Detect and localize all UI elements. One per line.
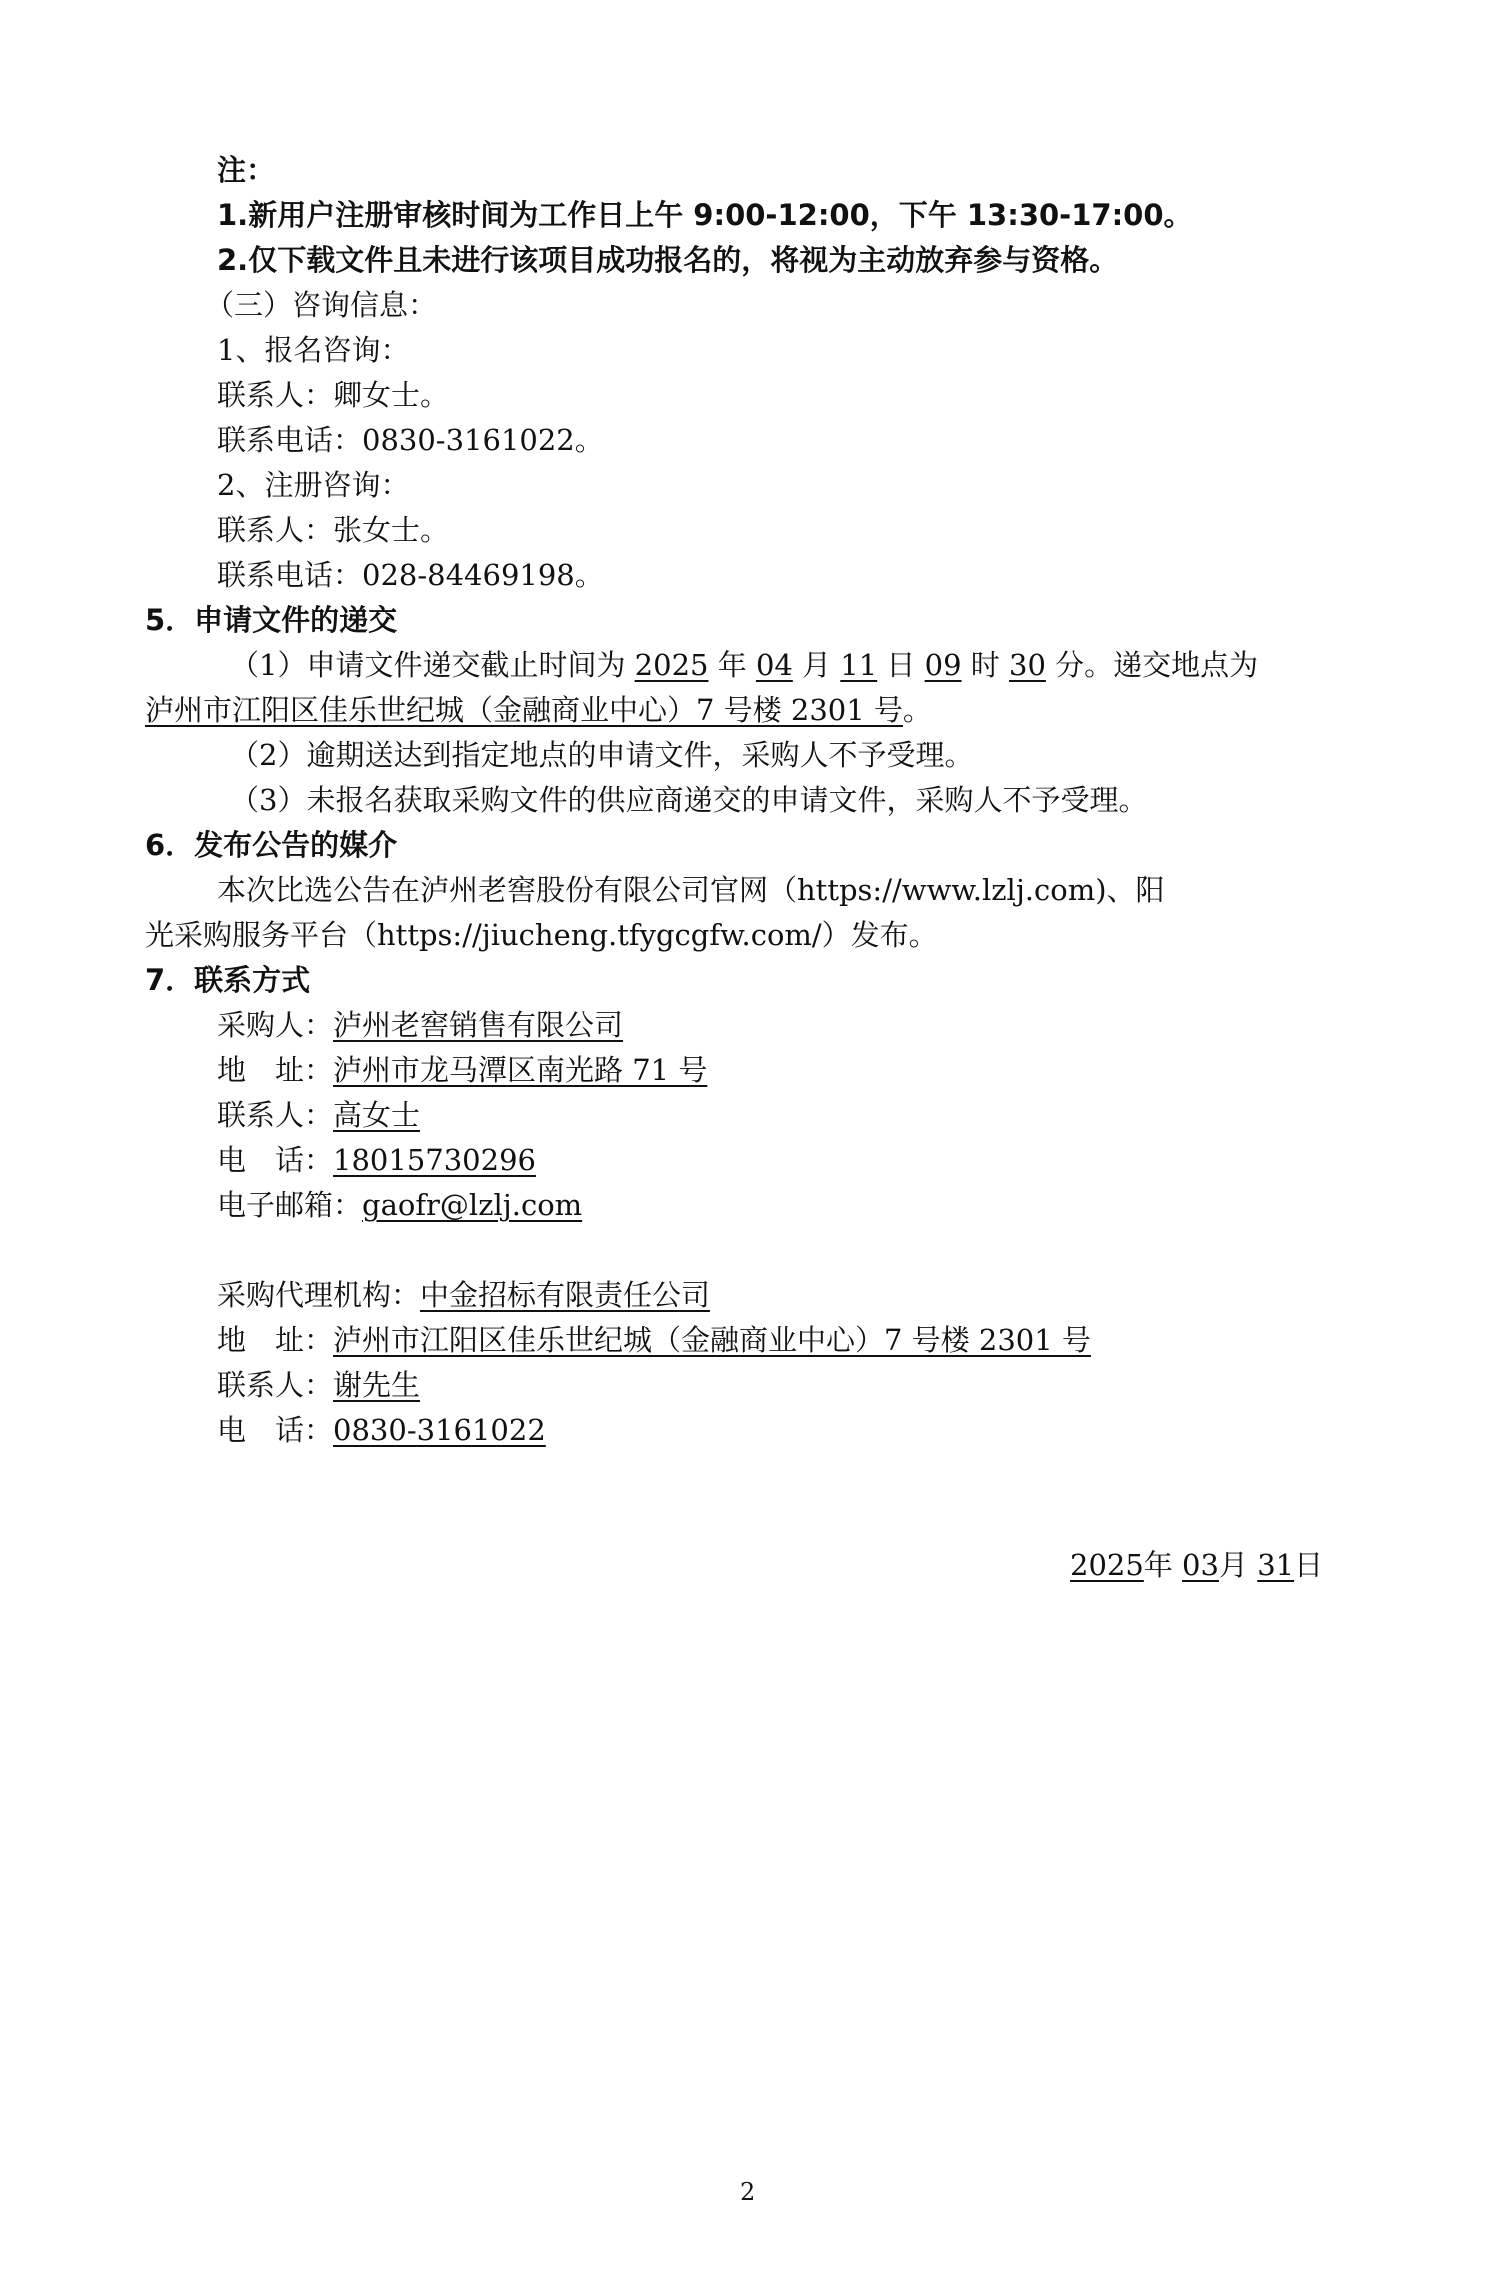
- signup-consult-label: 1、报名咨询：: [217, 330, 409, 370]
- section5-location-line: 泸州市江阳区佳乐世纪城（金融商业中心）7 号楼 2301 号。: [145, 690, 932, 730]
- agency-name-row: 采购代理机构：中金招标有限责任公司: [217, 1275, 710, 1315]
- agency-address-label: 地 址：: [217, 1323, 333, 1357]
- agency-contact-label: 联系人：: [217, 1368, 333, 1402]
- agency-address-row: 地 址：泸州市江阳区佳乐世纪城（金融商业中心）7 号楼 2301 号: [217, 1320, 1091, 1360]
- signup-contact: 联系人：卿女士。: [217, 375, 449, 415]
- register-consult-label: 2、注册咨询：: [217, 465, 409, 505]
- document-page: 注： 1.新用户注册审核时间为工作日上午 9:00-12:00，下午 13:30…: [0, 0, 1500, 2287]
- purchaser-email-label: 电子邮箱：: [217, 1188, 362, 1222]
- deadline-year: 2025: [635, 648, 709, 682]
- agency-contact: 谢先生: [333, 1368, 420, 1402]
- agency-contact-row: 联系人：谢先生: [217, 1365, 420, 1405]
- deadline-minute: 30: [1009, 648, 1046, 682]
- purchaser-contact-label: 联系人：: [217, 1098, 333, 1132]
- note-item-2: 2.仅下载文件且未进行该项目成功报名的，将视为主动放弃参与资格。: [217, 240, 1118, 280]
- purchaser-address-row: 地 址：泸州市龙马潭区南光路 71 号: [217, 1050, 707, 1090]
- section7-heading: 7．联系方式: [145, 960, 310, 1000]
- purchaser-phone-label: 电 话：: [217, 1143, 333, 1177]
- purchaser-name-label: 采购人：: [217, 1008, 333, 1042]
- consult-heading: （三）咨询信息：: [205, 285, 437, 325]
- deadline-minute-unit: 分。递交地点为: [1055, 648, 1258, 682]
- agency-phone-row: 电 话：0830-3161022: [217, 1410, 546, 1450]
- section6-heading: 6．发布公告的媒介: [145, 825, 397, 865]
- purchaser-email-row: 电子邮箱：gaofr@lzlj.com: [217, 1185, 582, 1225]
- section5-p1: （1）申请文件递交截止时间为 2025 年 04 月 11 日 09 时 30 …: [230, 645, 1258, 685]
- deadline-month-unit: 月: [802, 648, 831, 682]
- purchaser-name-row: 采购人：泸州老窖销售有限公司: [217, 1005, 623, 1045]
- register-contact: 联系人：张女士。: [217, 510, 449, 550]
- purchaser-phone-row: 电 话：18015730296: [217, 1140, 536, 1180]
- agency-phone-label: 电 话：: [217, 1413, 333, 1447]
- agency-name-label: 采购代理机构：: [217, 1278, 420, 1312]
- purchaser-name: 泸州老窖销售有限公司: [333, 1008, 623, 1042]
- date-year: 2025: [1070, 1548, 1144, 1582]
- purchaser-address-label: 地 址：: [217, 1053, 333, 1087]
- notes-title: 注：: [217, 150, 275, 190]
- deadline-year-unit: 年: [718, 648, 747, 682]
- date-month: 03: [1182, 1548, 1219, 1582]
- signup-phone: 联系电话：0830-3161022。: [217, 420, 604, 460]
- deadline-day: 11: [840, 648, 877, 682]
- purchaser-address: 泸州市龙马潭区南光路 71 号: [333, 1053, 707, 1087]
- purchaser-phone: 18015730296: [333, 1143, 536, 1177]
- issue-date: 2025年 03月 31日: [1070, 1545, 1323, 1585]
- section5-heading: 5．申请文件的递交: [145, 600, 397, 640]
- purchaser-contact-row: 联系人：高女士: [217, 1095, 420, 1135]
- date-day-unit: 日: [1294, 1548, 1323, 1582]
- section5-p3: （3）未报名获取采购文件的供应商递交的申请文件，采购人不予受理。: [230, 780, 1147, 820]
- agency-phone: 0830-3161022: [333, 1413, 546, 1447]
- deadline-hour: 09: [925, 648, 962, 682]
- date-month-unit: 月: [1219, 1548, 1248, 1582]
- agency-address: 泸州市江阳区佳乐世纪城（金融商业中心）7 号楼 2301 号: [333, 1323, 1091, 1357]
- section6-line1: 本次比选公告在泸州老窖股份有限公司官网（https://www.lzlj.com…: [217, 870, 1165, 910]
- date-year-unit: 年: [1144, 1548, 1173, 1582]
- deadline-day-unit: 日: [886, 648, 915, 682]
- submission-location: 泸州市江阳区佳乐世纪城（金融商业中心）7 号楼 2301 号: [145, 693, 903, 727]
- purchaser-contact: 高女士: [333, 1098, 420, 1132]
- section5-p2: （2）逾期送达到指定地点的申请文件，采购人不予受理。: [230, 735, 973, 775]
- deadline-hour-unit: 时: [971, 648, 1000, 682]
- register-phone: 联系电话：028-84469198。: [217, 555, 604, 595]
- date-day: 31: [1257, 1548, 1294, 1582]
- note-item-1: 1.新用户注册审核时间为工作日上午 9:00-12:00，下午 13:30-17…: [217, 195, 1193, 235]
- deadline-month: 04: [756, 648, 793, 682]
- page-number: 2: [740, 2178, 755, 2206]
- location-end: 。: [903, 693, 932, 727]
- purchaser-email[interactable]: gaofr@lzlj.com: [362, 1188, 582, 1222]
- section6-line2: 光采购服务平台（https://jiucheng.tfygcgfw.com/）发…: [145, 915, 938, 955]
- agency-name: 中金招标有限责任公司: [420, 1278, 710, 1312]
- deadline-prefix: （1）申请文件递交截止时间为: [230, 648, 625, 682]
